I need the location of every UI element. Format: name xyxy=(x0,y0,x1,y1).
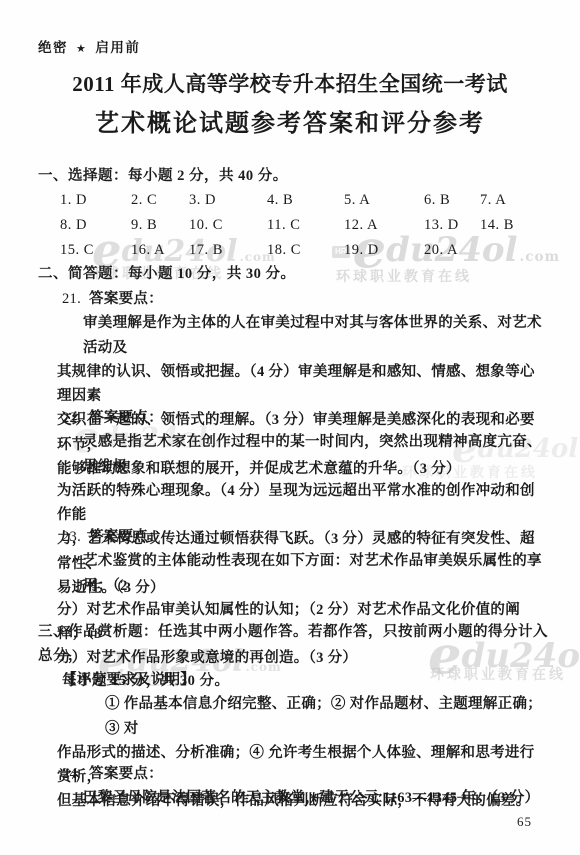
answer-points-label: 答案要点： xyxy=(89,410,163,426)
question24-label: 24.答案要点： xyxy=(38,762,545,786)
question22-label: 22.答案要点： xyxy=(38,406,545,430)
answer-line: 艺术鉴赏的主体能动性表现在如下方面：对艺术作品审美娱乐属性的享用；（2 xyxy=(38,549,545,598)
answer-points-label: 答案要点： xyxy=(89,291,163,307)
answer-cell: 17. B xyxy=(189,238,267,263)
answer-cell: 16. A xyxy=(131,238,189,263)
answer-cell: 9. B xyxy=(131,213,189,238)
page-number: 65 xyxy=(517,814,532,830)
answer-cell: 4. B xyxy=(267,188,344,213)
grading-requirements-label: 【评分要求及说明】 xyxy=(38,668,545,692)
answer-cell: 12. A xyxy=(344,213,424,238)
question-number: 23. xyxy=(62,529,89,545)
answer-cell: 5. A xyxy=(344,188,424,213)
answer-line: 审美理解是作为主体的人在审美过程中对其与客体世界的关系、对艺术活动及 xyxy=(38,311,545,360)
classification-label: 绝密 xyxy=(38,40,68,55)
question21-label: 21.答案要点： xyxy=(38,287,545,311)
answer-cell: 1. D xyxy=(60,188,131,213)
section2-heading: 二、简答题：每小题 10 分，共 30 分。 xyxy=(38,262,558,286)
page-title: 艺术概论试题参考答案和评分参考 xyxy=(0,103,580,138)
grading-line: ① 作品基本信息介绍完整、正确；② 对作品题材、主题理解正确；③ 对 xyxy=(38,692,545,741)
section3-heading-line1: 三、作品赏析题：任选其中两小题作答。若都作答，只按前两小题的得分计入总分， xyxy=(38,620,558,669)
answer-line: 灵感是指艺术家在创作过程中的某一时间内，突然出现精神高度亢奋、思维极 xyxy=(38,430,545,479)
section1-heading: 一、选择题：每小题 2 分，共 40 分。 xyxy=(38,164,558,188)
answer-cell: 18. C xyxy=(267,238,344,263)
answer-line: 巴黎圣母院是法国著名的天主教堂，建于公元 1163—1345 年。（3 分） xyxy=(38,786,545,810)
exam-title: 2011 年成人高等学校专升本招生全国统一考试 xyxy=(0,68,580,98)
answer-cell: 7. A xyxy=(480,188,514,213)
answer-cell: 2. C xyxy=(131,188,189,213)
question-number: 22. xyxy=(62,410,89,426)
pre-use-label: 启用前 xyxy=(95,40,140,55)
scanned-answer-sheet-page: edu24ol.com 环球职业教育在线 HRedu24ol.com 环球职业教… xyxy=(0,0,580,855)
answer-cell xyxy=(480,238,514,263)
answer-cell: 8. D xyxy=(60,213,131,238)
multiple-choice-answer-grid: 1. D 2. C 3. D 4. B 5. A 6. B 7. A 8. D … xyxy=(60,188,514,263)
answer-line: 其规律的认识、领悟或把握。（4 分）审美理解是和感知、情感、想象等心理因素 xyxy=(38,360,545,409)
answer-points-label: 答案要点： xyxy=(89,766,163,782)
answer-cell: 20. A xyxy=(424,238,480,263)
answer-points-label: 答案要点： xyxy=(89,529,163,545)
answer-cell: 15. C xyxy=(60,238,131,263)
classification-banner: 绝密★启用前 xyxy=(38,36,140,56)
answer-cell: 19. D xyxy=(344,238,424,263)
question-number: 24. xyxy=(62,766,89,782)
answer-line: 为活跃的特殊心理现象。（4 分）呈现为远远超出平常水准的创作冲动和创作能 xyxy=(38,479,545,528)
question-number: 21. xyxy=(62,291,89,307)
answer-cell: 6. B xyxy=(424,188,480,213)
answer-cell: 13. D xyxy=(424,213,480,238)
star-icon: ★ xyxy=(68,43,95,55)
question23-label: 23.答案要点： xyxy=(38,525,545,549)
answer-cell: 10. C xyxy=(189,213,267,238)
answer-cell: 11. C xyxy=(267,213,344,238)
answer-cell: 14. B xyxy=(480,213,514,238)
answer-cell: 3. D xyxy=(189,188,267,213)
question24-answer-block: 24.答案要点： 巴黎圣母院是法国著名的天主教堂，建于公元 1163—1345 … xyxy=(38,762,545,811)
